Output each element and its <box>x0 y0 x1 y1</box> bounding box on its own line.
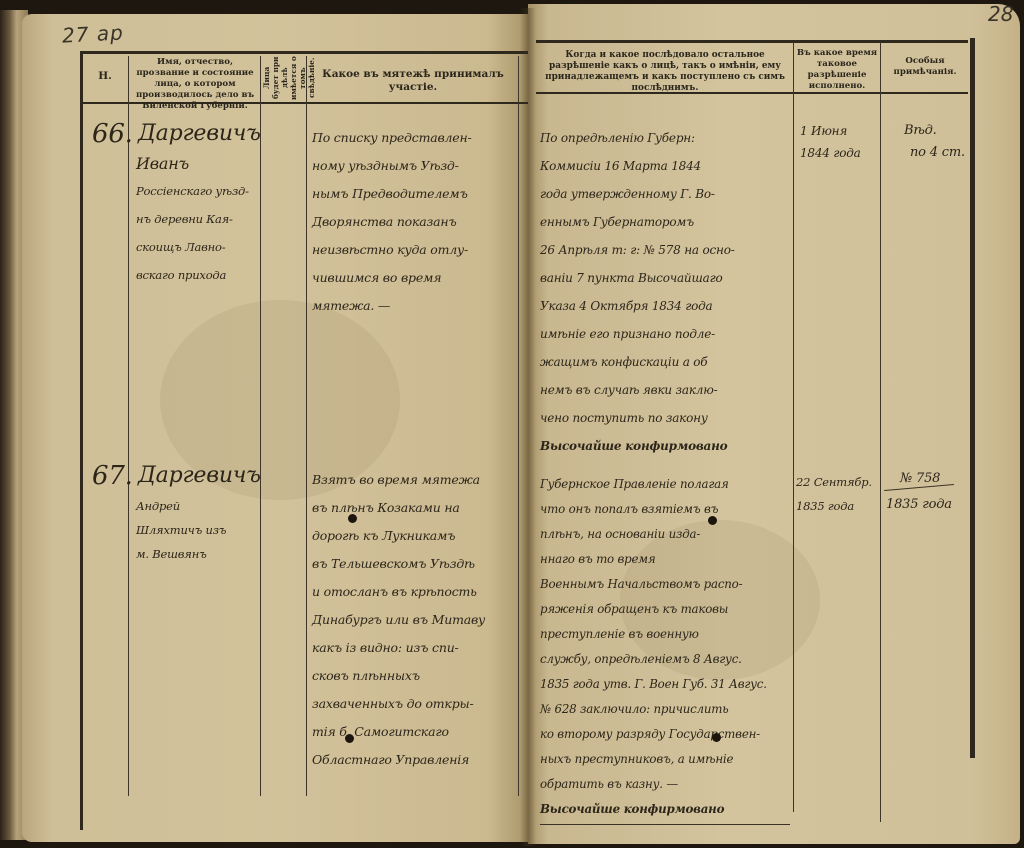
col-rule <box>306 56 307 796</box>
col-rule <box>260 56 261 796</box>
header-top-rule <box>80 51 528 54</box>
paper-hole <box>708 516 717 525</box>
page-number-left: 27 ap <box>61 20 124 47</box>
left-border-rule <box>80 52 83 830</box>
row-executed-date: 22 Сентябр. 1835 года <box>796 470 872 518</box>
row-surname: Даргевичъ <box>138 120 261 148</box>
header-resolution: Когда и какое послѣдовало остальное разр… <box>538 50 792 94</box>
col-rule <box>793 42 794 812</box>
row-notes: № 758 1835 года <box>886 466 952 518</box>
header-name: Имя, отчество, прозвание и состояние лиц… <box>132 57 258 112</box>
col-rule <box>128 56 129 796</box>
header-participation: Какое въ мятежѣ принималъ участіе. <box>310 68 516 94</box>
row-person-details: Иванъ Россіенскаго уѣзд- нъ деревни Кая-… <box>136 150 249 290</box>
header-number: Н. <box>84 70 126 83</box>
signature-underline <box>540 824 790 825</box>
row-person-details: Андрей Шляхтичъ изъ м. Вешвянъ <box>136 494 226 566</box>
header-top-rule <box>536 40 968 43</box>
row-participation: По списку представлен- ному уѣзднымъ Уѣз… <box>312 124 472 320</box>
row-resolution: Губернское Правленіе полагая что онъ поп… <box>540 472 767 822</box>
header-notes: Особыя примѣчанія. <box>882 56 968 78</box>
row-number: 66. <box>92 120 133 148</box>
paper-hole <box>712 733 721 742</box>
col-rule <box>518 56 519 796</box>
paper-hole <box>345 734 354 743</box>
row-resolution: По опредѣленію Губерн: Коммисіи 16 Марта… <box>540 124 735 460</box>
right-border-rule <box>970 38 975 758</box>
row-number: 67. <box>92 462 133 490</box>
header-executed: Въ какое время таковое разрѣшеніе исполн… <box>795 48 879 92</box>
header-flags: Лица будет при дѣлѣ имѣется о томъ свѣдѣ… <box>262 56 304 100</box>
open-register-book: 27 ap 28 Н. Имя, отчество, прозвание и с… <box>0 0 1024 848</box>
row-participation: Взятъ во время мятежа въ плѣнъ Козаками … <box>312 466 485 774</box>
row-surname: Даргевичъ <box>138 462 261 490</box>
row-executed-date: 1 Июня 1844 года <box>800 120 861 164</box>
book-gutter <box>520 8 536 846</box>
paper-hole <box>348 514 357 523</box>
col-rule <box>880 42 881 822</box>
page-number-right: 28 <box>988 2 1013 26</box>
row-notes: Вѣд. по 4 ст. <box>898 120 965 164</box>
